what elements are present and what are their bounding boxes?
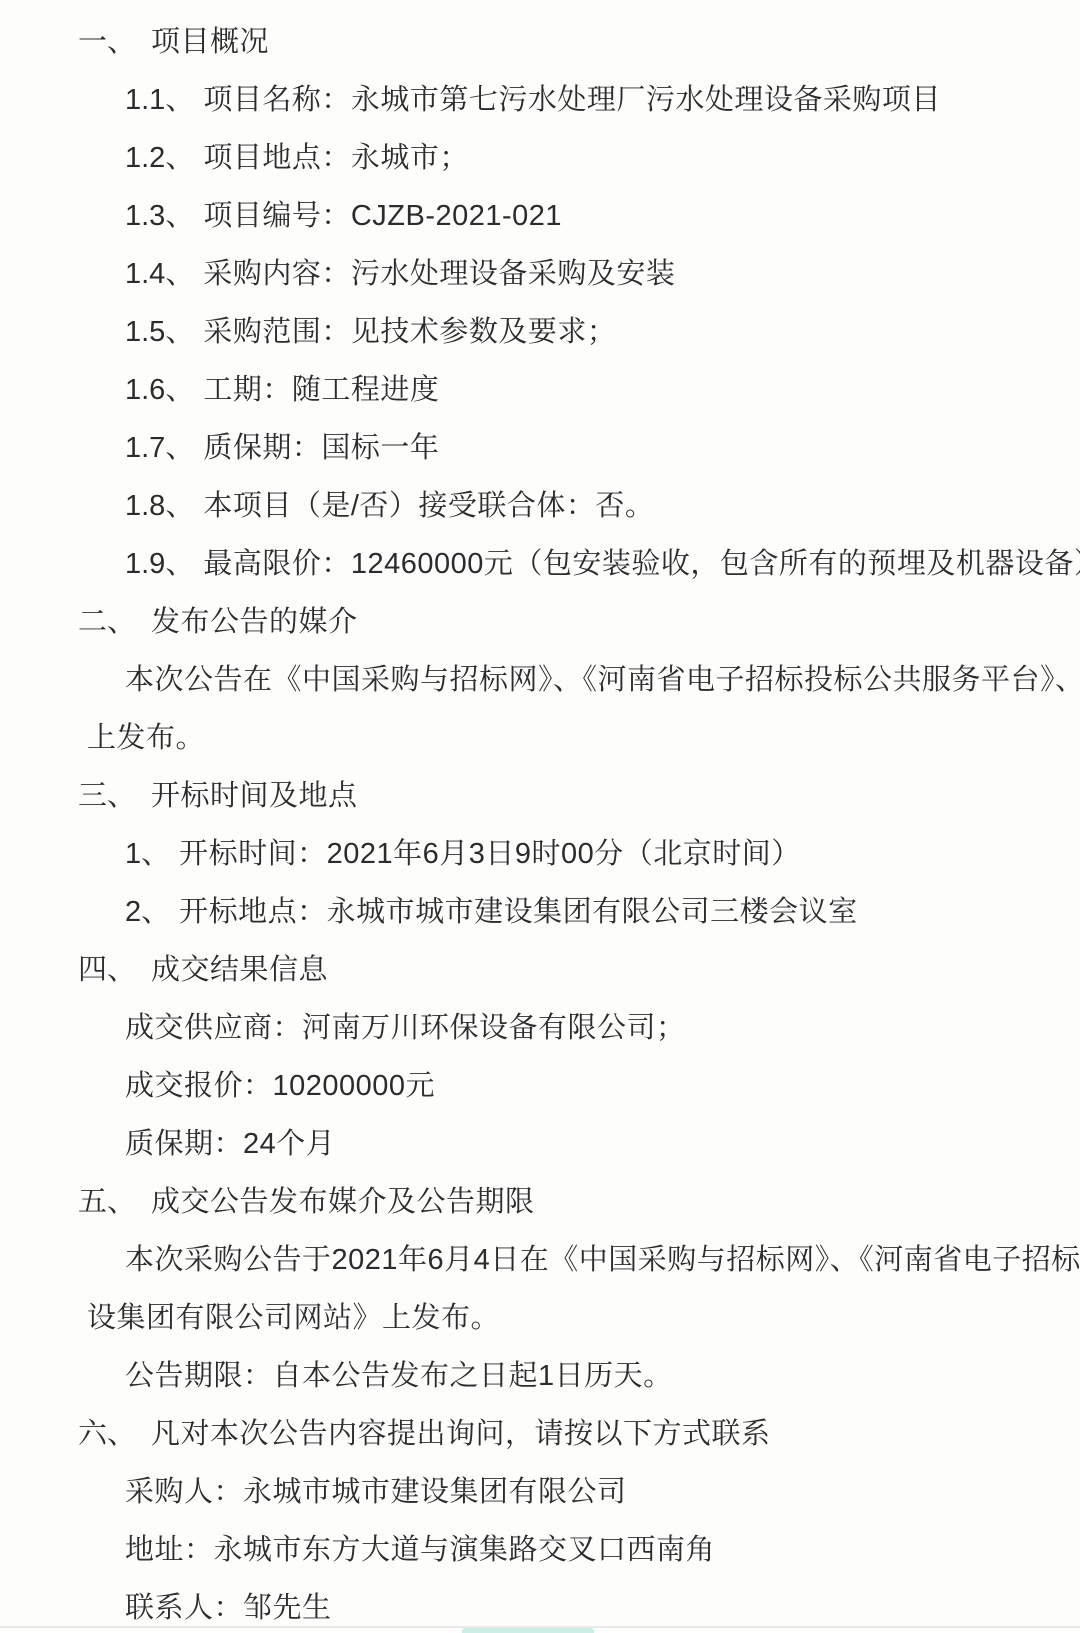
doc-line: 本次采购公告于2021年6月4日在《中国采购与招标网》、《河南省电子招标投	[0, 1231, 1080, 1289]
line-marker: 1、	[125, 838, 170, 870]
doc-line: 本次公告在《中国采购与招标网》、《河南省电子招标投标公共服务平台》、	[0, 651, 1080, 709]
doc-line: 1.1、项目名称：永城市第七污水处理厂污水处理设备采购项目	[0, 71, 1080, 129]
doc-line: 二、发布公告的媒介	[0, 593, 1080, 651]
doc-line: 1.4、采购内容：污水处理设备采购及安装	[0, 245, 1080, 303]
line-text: 开标时间及地点	[151, 780, 358, 812]
line-marker: 四、	[78, 954, 136, 986]
line-text: 本次采购公告于2021年6月4日在《中国采购与招标网》、《河南省电子招标投	[125, 1244, 1080, 1276]
partially-visible-button[interactable]	[462, 1628, 594, 1633]
line-text: 本项目（是/否）接受联合体：否。	[203, 490, 654, 522]
line-text: 成交供应商：河南万川环保设备有限公司；	[125, 1012, 686, 1044]
line-marker: 1.7、	[125, 432, 194, 464]
line-text: 联系人：邹先生	[125, 1592, 332, 1624]
line-text: 成交结果信息	[151, 954, 328, 986]
doc-line: 成交供应商：河南万川环保设备有限公司；	[0, 999, 1080, 1057]
line-marker: 1.3、	[125, 200, 194, 232]
line-marker: 一、	[78, 26, 136, 58]
line-marker: 1.2、	[125, 142, 194, 174]
doc-line: 四、成交结果信息	[0, 941, 1080, 999]
line-text: 质保期：国标一年	[203, 432, 439, 464]
line-marker: 1.8、	[125, 490, 194, 522]
line-text: 上发布。	[87, 722, 205, 754]
doc-line: 1、开标时间：2021年6月3日9时00分（北京时间）	[0, 825, 1080, 883]
doc-line: 1.6、工期：随工程进度	[0, 361, 1080, 419]
line-text: 公告期限：自本公告发布之日起1日历天。	[125, 1360, 673, 1392]
line-text: 成交报价：10200000元	[125, 1070, 435, 1102]
line-marker: 1.1、	[125, 84, 194, 116]
line-text: 本次公告在《中国采购与招标网》、《河南省电子招标投标公共服务平台》、	[125, 664, 1080, 696]
line-marker: 六、	[78, 1418, 136, 1450]
line-text: 开标时间：2021年6月3日9时00分（北京时间）	[179, 838, 801, 870]
announcement-document: 一、项目概况1.1、项目名称：永城市第七污水处理厂污水处理设备采购项目1.2、项…	[0, 13, 1080, 1633]
line-text: 地址：永城市东方大道与演集路交叉口西南角	[125, 1534, 715, 1566]
doc-line: 1.3、项目编号：CJZB-2021-021	[0, 187, 1080, 245]
doc-line: 1.2、项目地点：永城市；	[0, 129, 1080, 187]
doc-line: 六、凡对本次公告内容提出询问，请按以下方式联系	[0, 1405, 1080, 1463]
line-marker: 三、	[78, 780, 136, 812]
line-text: 凡对本次公告内容提出询问，请按以下方式联系	[151, 1418, 771, 1450]
line-marker: 1.6、	[125, 374, 194, 406]
line-text: 发布公告的媒介	[151, 606, 358, 638]
doc-line: 地址：永城市东方大道与演集路交叉口西南角	[0, 1521, 1080, 1579]
doc-line: 1.7、质保期：国标一年	[0, 419, 1080, 477]
line-text: 采购内容：污水处理设备采购及安装	[203, 258, 675, 290]
line-text: 项目编号：CJZB-2021-021	[203, 200, 562, 232]
line-text: 项目名称：永城市第七污水处理厂污水处理设备采购项目	[203, 84, 941, 116]
line-marker: 1.5、	[125, 316, 194, 348]
doc-line: 1.8、本项目（是/否）接受联合体：否。	[0, 477, 1080, 535]
line-text: 工期：随工程进度	[203, 374, 439, 406]
doc-line: 1.9、最高限价：12460000元（包安装验收，包含所有的预埋及机器设备）	[0, 535, 1080, 593]
line-marker: 二、	[78, 606, 136, 638]
doc-line: 1.5、采购范围：见技术参数及要求；	[0, 303, 1080, 361]
doc-line: 成交报价：10200000元	[0, 1057, 1080, 1115]
doc-line: 联系人：邹先生	[0, 1579, 1080, 1633]
doc-line: 上发布。	[0, 709, 1080, 767]
line-text: 成交公告发布媒介及公告期限	[151, 1186, 535, 1218]
line-marker: 1.4、	[125, 258, 194, 290]
doc-line: 一、项目概况	[0, 13, 1080, 71]
line-marker: 1.9、	[125, 548, 194, 580]
line-marker: 五、	[78, 1186, 136, 1218]
doc-line: 三、开标时间及地点	[0, 767, 1080, 825]
line-text: 最高限价：12460000元（包安装验收，包含所有的预埋及机器设备）	[203, 548, 1080, 580]
line-text: 采购人：永城市城市建设集团有限公司	[125, 1476, 627, 1508]
line-text: 开标地点：永城市城市建设集团有限公司三楼会议室	[179, 896, 858, 928]
line-text: 项目地点：永城市；	[203, 142, 469, 174]
line-marker: 2、	[125, 896, 170, 928]
doc-line: 2、开标地点：永城市城市建设集团有限公司三楼会议室	[0, 883, 1080, 941]
line-text: 质保期：24个月	[125, 1128, 335, 1160]
doc-line: 采购人：永城市城市建设集团有限公司	[0, 1463, 1080, 1521]
doc-line: 公告期限：自本公告发布之日起1日历天。	[0, 1347, 1080, 1405]
line-text: 设集团有限公司网站》上发布。	[87, 1302, 500, 1334]
line-text: 采购范围：见技术参数及要求；	[203, 316, 616, 348]
line-text: 项目概况	[151, 26, 269, 58]
doc-line: 设集团有限公司网站》上发布。	[0, 1289, 1080, 1347]
doc-line: 质保期：24个月	[0, 1115, 1080, 1173]
doc-line: 五、成交公告发布媒介及公告期限	[0, 1173, 1080, 1231]
